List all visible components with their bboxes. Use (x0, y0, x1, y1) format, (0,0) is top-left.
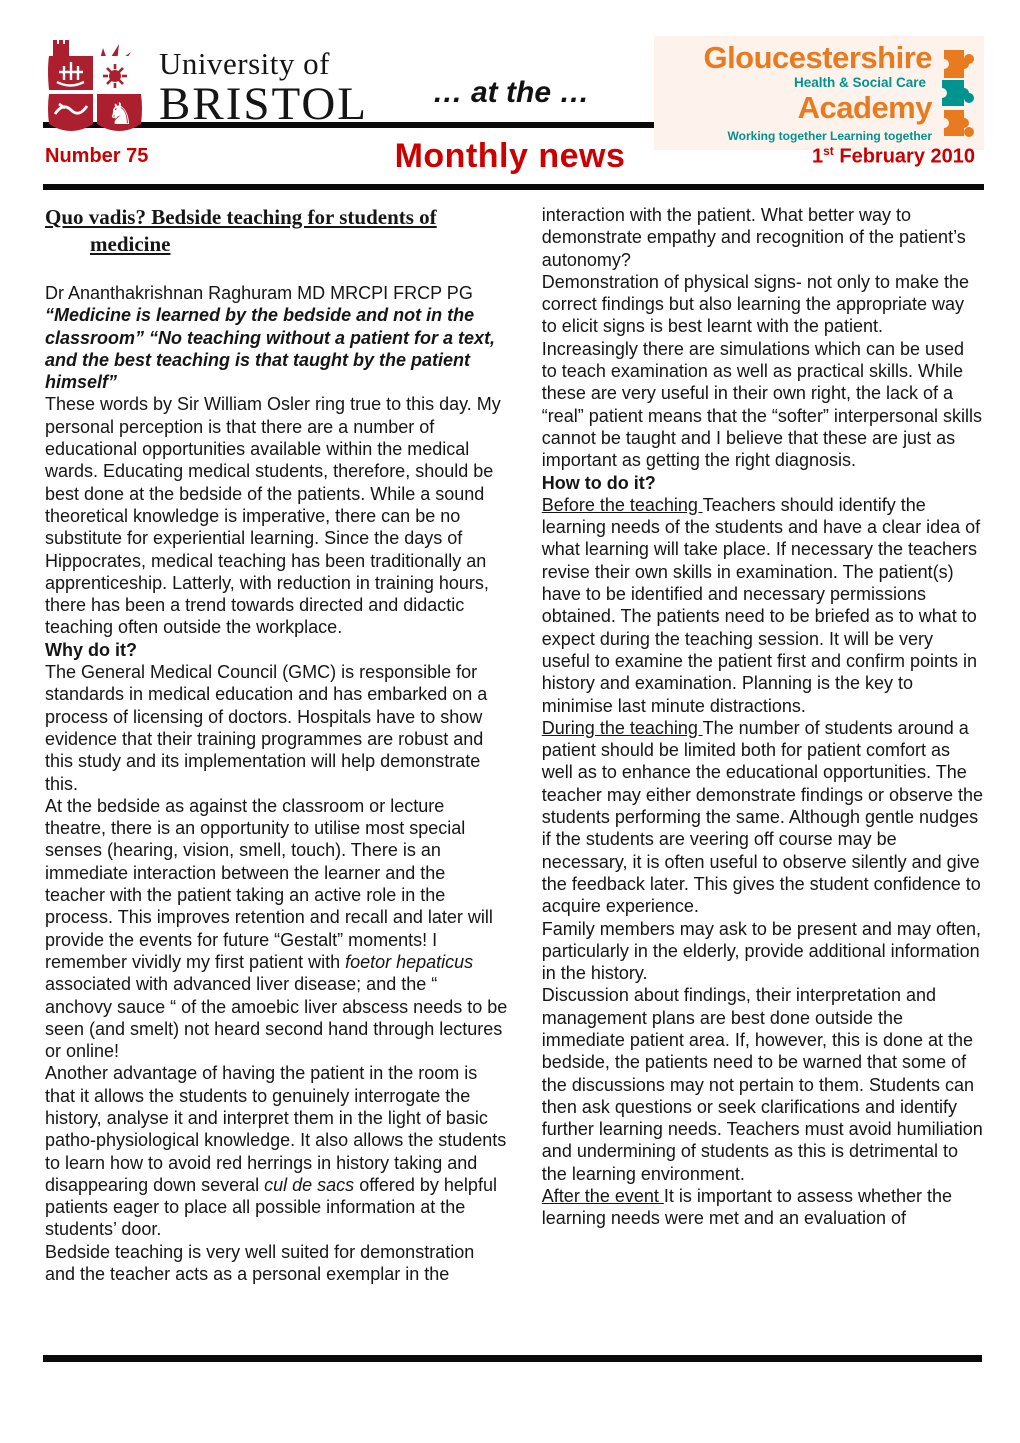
bristol-logo-text: University of BRISTOL (159, 48, 368, 128)
page-header: ♞ University of BRISTOL … at the … Glouc… (0, 0, 1020, 116)
issue-number: Number 75 (45, 145, 275, 168)
section-heading: Why do it? (45, 639, 508, 661)
paragraph: “Medicine is learned by the bedside and … (45, 304, 508, 393)
paragraph: At the bedside as against the classroom … (45, 795, 508, 1063)
newsletter-title: Monthly news (275, 137, 745, 176)
paragraph: Demonstration of physical signs- not onl… (542, 271, 984, 472)
date-ordinal: st (823, 144, 834, 158)
svg-text:♞: ♞ (107, 97, 134, 132)
article-title: Quo vadis? Bedside teaching for students… (45, 204, 508, 231)
paragraph: Family members may ask to be present and… (542, 918, 984, 985)
issue-date: 1st February 2010 (745, 144, 975, 169)
bristol-logo-line2: BRISTOL (159, 81, 368, 128)
section-heading: How to do it? (542, 472, 984, 494)
article-body: Quo vadis? Bedside teaching for students… (0, 190, 1020, 1285)
bristol-logo: ♞ University of BRISTOL (45, 36, 368, 140)
paragraph: During the teaching The number of studen… (542, 717, 984, 918)
academy-logo-text: Gloucestershire Health & Social Care Aca… (662, 42, 932, 142)
at-the-text: … at the … (368, 36, 654, 110)
paragraph: Before the teaching Teachers should iden… (542, 494, 984, 717)
puzzle-pieces-icon (936, 46, 980, 138)
date-num: 1 (812, 145, 823, 167)
paragraph: Discussion about findings, their interpr… (542, 984, 984, 1185)
academy-logo-line2: Health & Social Care (662, 76, 926, 90)
paragraph: Dr Ananthakrishnan Raghuram MD MRCPI FRC… (45, 282, 508, 304)
bristol-logo-line1: University of (159, 48, 368, 79)
academy-logo-line3: Academy (662, 92, 932, 123)
paragraph: The General Medical Council (GMC) is res… (45, 661, 508, 795)
academy-logo: Gloucestershire Health & Social Care Aca… (654, 36, 984, 150)
bottom-rule (43, 1355, 982, 1362)
paragraph: After the event It is important to asses… (542, 1185, 984, 1230)
newsletter-page: ♞ University of BRISTOL … at the … Glouc… (0, 0, 1020, 1443)
paragraph: Another advantage of having the patient … (45, 1062, 508, 1240)
article-title: medicine (45, 231, 508, 258)
article-right-column: interaction with the patient. What bette… (542, 204, 984, 1285)
date-rest: February 2010 (834, 145, 975, 167)
paragraph: Bedside teaching is very well suited for… (45, 1241, 508, 1286)
academy-logo-line1: Gloucestershire (662, 42, 932, 73)
paragraph: interaction with the patient. What bette… (542, 204, 984, 271)
bristol-crest-icon: ♞ (45, 36, 147, 140)
article-left-column: Quo vadis? Bedside teaching for students… (45, 204, 508, 1285)
paragraph: These words by Sir William Osler ring tr… (45, 393, 508, 638)
